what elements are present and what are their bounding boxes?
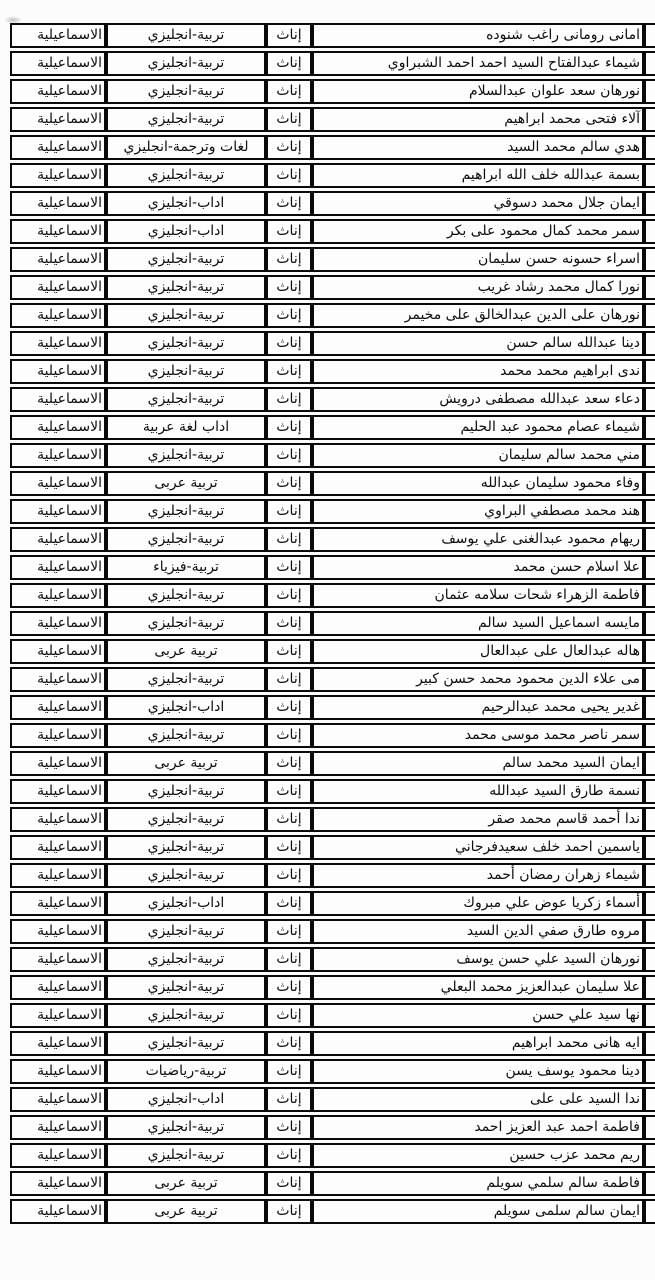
governorate-cell: الاسماعيلية	[10, 331, 106, 356]
specialty-cell: اداب-انجليزي	[106, 891, 266, 916]
name-cell: آلاء فتحى محمد ابراهيم	[312, 107, 644, 132]
name-cell: مى علاء الدين محمود محمد حسن كبير	[312, 667, 644, 692]
table-row: اسراء حسونه حسن سليمانإناثتربية-انجليزيا…	[10, 247, 655, 272]
name-cell: هند محمد مصطفي البراوي	[312, 499, 644, 524]
name-cell: نها سيد علي حسن	[312, 1003, 644, 1028]
serial-cell	[644, 947, 655, 972]
table-row: مروه طارق صفي الدين السيدإناثتربية-انجلي…	[10, 919, 655, 944]
gender-cell: إناث	[266, 863, 312, 888]
governorate-cell: الاسماعيلية	[10, 1171, 106, 1196]
serial-cell	[644, 695, 655, 720]
table-row: هدي سالم محمد السيدإناثلغات وترجمة-انجلي…	[10, 135, 655, 160]
governorate-cell: الاسماعيلية	[10, 191, 106, 216]
specialty-cell: تربية-انجليزي	[106, 51, 266, 76]
serial-cell	[644, 891, 655, 916]
table-row: نورهان سعد علوان عبدالسلامإناثتربية-انجل…	[10, 79, 655, 104]
gender-cell: إناث	[266, 79, 312, 104]
serial-cell	[644, 639, 655, 664]
governorate-cell: الاسماعيلية	[10, 751, 106, 776]
serial-cell	[644, 1087, 655, 1112]
governorate-cell: الاسماعيلية	[10, 1031, 106, 1056]
serial-cell	[644, 499, 655, 524]
specialty-cell: تربية-انجليزي	[106, 919, 266, 944]
table-row: دينا محمود يوسف يسنإناثتربية-رياضياتالاس…	[10, 1059, 655, 1084]
name-cell: ندا السيد على على	[312, 1087, 644, 1112]
specialty-cell: تربية-انجليزي	[106, 667, 266, 692]
name-cell: دعاء سعد عبدالله مصطفى درويش	[312, 387, 644, 412]
name-cell: نسمة طارق السيد عبدالله	[312, 779, 644, 804]
gender-cell: إناث	[266, 723, 312, 748]
serial-cell	[644, 191, 655, 216]
specialty-cell: تربية-انجليزي	[106, 835, 266, 860]
specialty-cell: تربية-انجليزي	[106, 1143, 266, 1168]
name-cell: هدي سالم محمد السيد	[312, 135, 644, 160]
governorate-cell: الاسماعيلية	[10, 527, 106, 552]
table-row: آلاء فتحى محمد ابراهيمإناثتربية-انجليزيا…	[10, 107, 655, 132]
governorate-cell: الاسماعيلية	[10, 863, 106, 888]
name-cell: ايمان جلال محمد دسوقي	[312, 191, 644, 216]
specialty-cell: تربية-انجليزي	[106, 779, 266, 804]
roster-table: امانى رومانى راغب شنودهإناثتربية-انجليزي…	[10, 20, 655, 1227]
serial-cell	[644, 163, 655, 188]
specialty-cell: تربية عربى	[106, 751, 266, 776]
serial-cell	[644, 1143, 655, 1168]
table-row: ريم محمد عزب حسينإناثتربية-انجليزيالاسما…	[10, 1143, 655, 1168]
governorate-cell: الاسماعيلية	[10, 947, 106, 972]
gender-cell: إناث	[266, 303, 312, 328]
gender-cell: إناث	[266, 1031, 312, 1056]
governorate-cell: الاسماعيلية	[10, 443, 106, 468]
governorate-cell: الاسماعيلية	[10, 695, 106, 720]
serial-cell	[644, 107, 655, 132]
gender-cell: إناث	[266, 471, 312, 496]
table-row: فاطمة الزهراء شحات سلامه عثمانإناثتربية-…	[10, 583, 655, 608]
table-row: نورهان على الدين عبدالخالق على مخيمرإناث…	[10, 303, 655, 328]
table-row: ندا السيد على علىإناثاداب-انجليزيالاسماع…	[10, 1087, 655, 1112]
serial-cell	[644, 303, 655, 328]
name-cell: أسماء زكريا عوض علي مبروك	[312, 891, 644, 916]
governorate-cell: الاسماعيلية	[10, 583, 106, 608]
governorate-cell: الاسماعيلية	[10, 1199, 106, 1224]
table-row: مى علاء الدين محمود محمد حسن كبيرإناثترب…	[10, 667, 655, 692]
roster-table-body: امانى رومانى راغب شنودهإناثتربية-انجليزي…	[10, 23, 655, 1224]
table-row: نورهان السيد علي حسن يوسفإناثتربية-انجلي…	[10, 947, 655, 972]
table-row: علا اسلام حسن محمدإناثتربية-فيزياءالاسما…	[10, 555, 655, 580]
gender-cell: إناث	[266, 1143, 312, 1168]
serial-cell	[644, 1003, 655, 1028]
gender-cell: إناث	[266, 1115, 312, 1140]
specialty-cell: تربية-انجليزي	[106, 107, 266, 132]
table-row: نورا كمال محمد رشاد غريبإناثتربية-انجليز…	[10, 275, 655, 300]
table-row: هند محمد مصطفي البراويإناثتربية-انجليزيا…	[10, 499, 655, 524]
name-cell: سمر محمد كمال محمود على بكر	[312, 219, 644, 244]
serial-cell	[644, 1171, 655, 1196]
governorate-cell: الاسماعيلية	[10, 975, 106, 1000]
serial-cell	[644, 51, 655, 76]
table-row: ايمان سالم سلمى سويلمإناثتربية عربىالاسم…	[10, 1199, 655, 1224]
name-cell: علا سليمان عبدالعزيز محمد البعلي	[312, 975, 644, 1000]
governorate-cell: الاسماعيلية	[10, 667, 106, 692]
serial-cell	[644, 387, 655, 412]
table-row: مني محمد سالم سليمانإناثتربية-انجليزيالا…	[10, 443, 655, 468]
table-row: مايسه اسماعيل السيد سالمإناثتربية-انجليز…	[10, 611, 655, 636]
gender-cell: إناث	[266, 1087, 312, 1112]
specialty-cell: اداب-انجليزي	[106, 219, 266, 244]
serial-cell	[644, 79, 655, 104]
name-cell: مايسه اسماعيل السيد سالم	[312, 611, 644, 636]
governorate-cell: الاسماعيلية	[10, 835, 106, 860]
gender-cell: إناث	[266, 359, 312, 384]
governorate-cell: الاسماعيلية	[10, 919, 106, 944]
name-cell: ايمان السيد محمد سالم	[312, 751, 644, 776]
serial-cell	[644, 1199, 655, 1224]
governorate-cell: الاسماعيلية	[10, 779, 106, 804]
gender-cell: إناث	[266, 1003, 312, 1028]
specialty-cell: اداب-انجليزي	[106, 695, 266, 720]
specialty-cell: تربية-انجليزي	[106, 947, 266, 972]
governorate-cell: الاسماعيلية	[10, 163, 106, 188]
table-row: ايمان السيد محمد سالمإناثتربية عربىالاسم…	[10, 751, 655, 776]
name-cell: فاطمة احمد عبد العزيز احمد	[312, 1115, 644, 1140]
specialty-cell: تربية-انجليزي	[106, 303, 266, 328]
serial-cell	[644, 611, 655, 636]
name-cell: ريم محمد عزب حسين	[312, 1143, 644, 1168]
governorate-cell: الاسماعيلية	[10, 723, 106, 748]
table-row: غدير يحيى محمد عبدالرحيمإناثاداب-انجليزي…	[10, 695, 655, 720]
name-cell: بسمة عبدالله خلف الله ابراهيم	[312, 163, 644, 188]
gender-cell: إناث	[266, 779, 312, 804]
specialty-cell: تربية-انجليزي	[106, 1031, 266, 1056]
specialty-cell: تربية-انجليزي	[106, 331, 266, 356]
governorate-cell: الاسماعيلية	[10, 555, 106, 580]
specialty-cell: تربية-رياضيات	[106, 1059, 266, 1084]
serial-cell	[644, 23, 655, 48]
table-row: علا سليمان عبدالعزيز محمد البعليإناثتربي…	[10, 975, 655, 1000]
name-cell: ايمان سالم سلمى سويلم	[312, 1199, 644, 1224]
governorate-cell: الاسماعيلية	[10, 359, 106, 384]
governorate-cell: الاسماعيلية	[10, 387, 106, 412]
serial-cell	[644, 667, 655, 692]
name-cell: وفاء محمود سليمان عبدالله	[312, 471, 644, 496]
table-row: فاطمة احمد عبد العزيز احمدإناثتربية-انجل…	[10, 1115, 655, 1140]
table-row: بسمة عبدالله خلف الله ابراهيمإناثتربية-ا…	[10, 163, 655, 188]
name-cell: شيماء عصام محمود عبد الحليم	[312, 415, 644, 440]
serial-cell	[644, 1031, 655, 1056]
gender-cell: إناث	[266, 219, 312, 244]
gender-cell: إناث	[266, 751, 312, 776]
table-row: دينا عبدالله سالم حسنإناثتربية-انجليزيال…	[10, 331, 655, 356]
table-row: ايه هانى محمد ابراهيمإناثتربية-انجليزيال…	[10, 1031, 655, 1056]
serial-cell	[644, 135, 655, 160]
governorate-cell: الاسماعيلية	[10, 23, 106, 48]
serial-cell	[644, 471, 655, 496]
name-cell: دينا عبدالله سالم حسن	[312, 331, 644, 356]
gender-cell: إناث	[266, 975, 312, 1000]
gender-cell: إناث	[266, 695, 312, 720]
specialty-cell: تربية-انجليزي	[106, 583, 266, 608]
governorate-cell: الاسماعيلية	[10, 1087, 106, 1112]
name-cell: غدير يحيى محمد عبدالرحيم	[312, 695, 644, 720]
gender-cell: إناث	[266, 331, 312, 356]
serial-cell	[644, 807, 655, 832]
governorate-cell: الاسماعيلية	[10, 639, 106, 664]
specialty-cell: لغات وترجمة-انجليزي	[106, 135, 266, 160]
serial-cell	[644, 583, 655, 608]
gender-cell: إناث	[266, 275, 312, 300]
table-row: أسماء زكريا عوض علي مبروكإناثاداب-انجليز…	[10, 891, 655, 916]
governorate-cell: الاسماعيلية	[10, 1143, 106, 1168]
specialty-cell: تربية-انجليزي	[106, 499, 266, 524]
specialty-cell: تربية-انجليزي	[106, 723, 266, 748]
name-cell: ريهام محمود عبدالغنى علي يوسف	[312, 527, 644, 552]
name-cell: فاطمة سالم سلمي سويلم	[312, 1171, 644, 1196]
governorate-cell: الاسماعيلية	[10, 1115, 106, 1140]
gender-cell: إناث	[266, 443, 312, 468]
specialty-cell: اداب لغة عربية	[106, 415, 266, 440]
specialty-cell: تربية-انجليزي	[106, 163, 266, 188]
gender-cell: إناث	[266, 807, 312, 832]
governorate-cell: الاسماعيلية	[10, 107, 106, 132]
serial-cell	[644, 835, 655, 860]
specialty-cell: اداب-انجليزي	[106, 191, 266, 216]
specialty-cell: تربية-انجليزي	[106, 1115, 266, 1140]
name-cell: سمر ناصر محمد موسى محمد	[312, 723, 644, 748]
specialty-cell: تربية-فيزياء	[106, 555, 266, 580]
serial-cell	[644, 751, 655, 776]
governorate-cell: الاسماعيلية	[10, 219, 106, 244]
governorate-cell: الاسماعيلية	[10, 79, 106, 104]
table-row: ريهام محمود عبدالغنى علي يوسفإناثتربية-ا…	[10, 527, 655, 552]
specialty-cell: تربية-انجليزي	[106, 611, 266, 636]
governorate-cell: الاسماعيلية	[10, 247, 106, 272]
serial-cell	[644, 443, 655, 468]
specialty-cell: تربية-انجليزي	[106, 1003, 266, 1028]
serial-cell	[644, 919, 655, 944]
serial-cell	[644, 527, 655, 552]
governorate-cell: الاسماعيلية	[10, 1003, 106, 1028]
gender-cell: إناث	[266, 611, 312, 636]
gender-cell: إناث	[266, 415, 312, 440]
table-row: ياسمين احمد خلف سعيدفرجانيإناثتربية-انجل…	[10, 835, 655, 860]
specialty-cell: تربية-انجليزي	[106, 275, 266, 300]
scanned-page: امانى رومانى راغب شنودهإناثتربية-انجليزي…	[0, 0, 655, 1280]
serial-cell	[644, 275, 655, 300]
name-cell: علا اسلام حسن محمد	[312, 555, 644, 580]
gender-cell: إناث	[266, 23, 312, 48]
table-row: نها سيد علي حسنإناثتربية-انجليزيالاسماعي…	[10, 1003, 655, 1028]
specialty-cell: تربية-انجليزي	[106, 975, 266, 1000]
serial-cell	[644, 247, 655, 272]
serial-cell	[644, 415, 655, 440]
governorate-cell: الاسماعيلية	[10, 471, 106, 496]
gender-cell: إناث	[266, 947, 312, 972]
name-cell: اسراء حسونه حسن سليمان	[312, 247, 644, 272]
specialty-cell: تربية-انجليزي	[106, 387, 266, 412]
name-cell: ندا أحمد قاسم محمد صقر	[312, 807, 644, 832]
governorate-cell: الاسماعيلية	[10, 135, 106, 160]
name-cell: شيماء زهران رمضان أحمد	[312, 863, 644, 888]
serial-cell	[644, 219, 655, 244]
specialty-cell: تربية-انجليزي	[106, 23, 266, 48]
table-row: هاله عبدالعال على عبدالعالإناثتربية عربى…	[10, 639, 655, 664]
governorate-cell: الاسماعيلية	[10, 415, 106, 440]
gender-cell: إناث	[266, 387, 312, 412]
specialty-cell: تربية-انجليزي	[106, 807, 266, 832]
governorate-cell: الاسماعيلية	[10, 807, 106, 832]
specialty-cell: تربية-انجليزي	[106, 359, 266, 384]
name-cell: نورهان السيد علي حسن يوسف	[312, 947, 644, 972]
specialty-cell: تربية عربى	[106, 1171, 266, 1196]
serial-cell	[644, 863, 655, 888]
governorate-cell: الاسماعيلية	[10, 275, 106, 300]
gender-cell: إناث	[266, 583, 312, 608]
name-cell: شيماء عبدالفتاح السيد احمد احمد الشبراوي	[312, 51, 644, 76]
specialty-cell: تربية-انجليزي	[106, 527, 266, 552]
name-cell: ندى ابراهيم محمد محمد	[312, 359, 644, 384]
name-cell: نورهان على الدين عبدالخالق على مخيمر	[312, 303, 644, 328]
table-row: وفاء محمود سليمان عبداللهإناثتربية عربىا…	[10, 471, 655, 496]
governorate-cell: الاسماعيلية	[10, 303, 106, 328]
specialty-cell: تربية عربى	[106, 471, 266, 496]
gender-cell: إناث	[266, 527, 312, 552]
table-row: نسمة طارق السيد عبداللهإناثتربية-انجليزي…	[10, 779, 655, 804]
name-cell: مروه طارق صفي الدين السيد	[312, 919, 644, 944]
table-row: ندى ابراهيم محمد محمدإناثتربية-انجليزيال…	[10, 359, 655, 384]
gender-cell: إناث	[266, 1199, 312, 1224]
name-cell: امانى رومانى راغب شنوده	[312, 23, 644, 48]
name-cell: فاطمة الزهراء شحات سلامه عثمان	[312, 583, 644, 608]
governorate-cell: الاسماعيلية	[10, 51, 106, 76]
gender-cell: إناث	[266, 247, 312, 272]
specialty-cell: تربية-انجليزي	[106, 247, 266, 272]
name-cell: ياسمين احمد خلف سعيدفرجاني	[312, 835, 644, 860]
specialty-cell: اداب-انجليزي	[106, 1087, 266, 1112]
gender-cell: إناث	[266, 191, 312, 216]
gender-cell: إناث	[266, 919, 312, 944]
serial-cell	[644, 723, 655, 748]
table-row: امانى رومانى راغب شنودهإناثتربية-انجليزي…	[10, 23, 655, 48]
table-row: فاطمة سالم سلمي سويلمإناثتربية عربىالاسم…	[10, 1171, 655, 1196]
serial-cell	[644, 359, 655, 384]
gender-cell: إناث	[266, 667, 312, 692]
name-cell: نورهان سعد علوان عبدالسلام	[312, 79, 644, 104]
gender-cell: إناث	[266, 1059, 312, 1084]
governorate-cell: الاسماعيلية	[10, 611, 106, 636]
gender-cell: إناث	[266, 135, 312, 160]
specialty-cell: تربية-انجليزي	[106, 443, 266, 468]
name-cell: ايه هانى محمد ابراهيم	[312, 1031, 644, 1056]
gender-cell: إناث	[266, 835, 312, 860]
specialty-cell: تربية عربى	[106, 639, 266, 664]
gender-cell: إناث	[266, 555, 312, 580]
table-row: سمر ناصر محمد موسى محمدإناثتربية-انجليزي…	[10, 723, 655, 748]
serial-cell	[644, 975, 655, 1000]
name-cell: هاله عبدالعال على عبدالعال	[312, 639, 644, 664]
governorate-cell: الاسماعيلية	[10, 1059, 106, 1084]
serial-cell	[644, 331, 655, 356]
serial-cell	[644, 555, 655, 580]
gender-cell: إناث	[266, 639, 312, 664]
gender-cell: إناث	[266, 51, 312, 76]
name-cell: مني محمد سالم سليمان	[312, 443, 644, 468]
specialty-cell: تربية عربى	[106, 1199, 266, 1224]
gender-cell: إناث	[266, 891, 312, 916]
specialty-cell: تربية-انجليزي	[106, 79, 266, 104]
table-row: ايمان جلال محمد دسوقيإناثاداب-انجليزيالا…	[10, 191, 655, 216]
governorate-cell: الاسماعيلية	[10, 499, 106, 524]
serial-cell	[644, 1115, 655, 1140]
specialty-cell: تربية-انجليزي	[106, 863, 266, 888]
name-cell: دينا محمود يوسف يسن	[312, 1059, 644, 1084]
serial-cell	[644, 779, 655, 804]
table-row: شيماء عبدالفتاح السيد احمد احمد الشبراوي…	[10, 51, 655, 76]
gender-cell: إناث	[266, 1171, 312, 1196]
table-row: شيماء عصام محمود عبد الحليمإناثاداب لغة …	[10, 415, 655, 440]
table-row: دعاء سعد عبدالله مصطفى درويشإناثتربية-ان…	[10, 387, 655, 412]
gender-cell: إناث	[266, 499, 312, 524]
table-row: ندا أحمد قاسم محمد صقرإناثتربية-انجليزيا…	[10, 807, 655, 832]
gender-cell: إناث	[266, 163, 312, 188]
serial-cell	[644, 1059, 655, 1084]
gender-cell: إناث	[266, 107, 312, 132]
table-row: سمر محمد كمال محمود على بكرإناثاداب-انجل…	[10, 219, 655, 244]
governorate-cell: الاسماعيلية	[10, 891, 106, 916]
table-row: شيماء زهران رمضان أحمدإناثتربية-انجليزيا…	[10, 863, 655, 888]
name-cell: نورا كمال محمد رشاد غريب	[312, 275, 644, 300]
